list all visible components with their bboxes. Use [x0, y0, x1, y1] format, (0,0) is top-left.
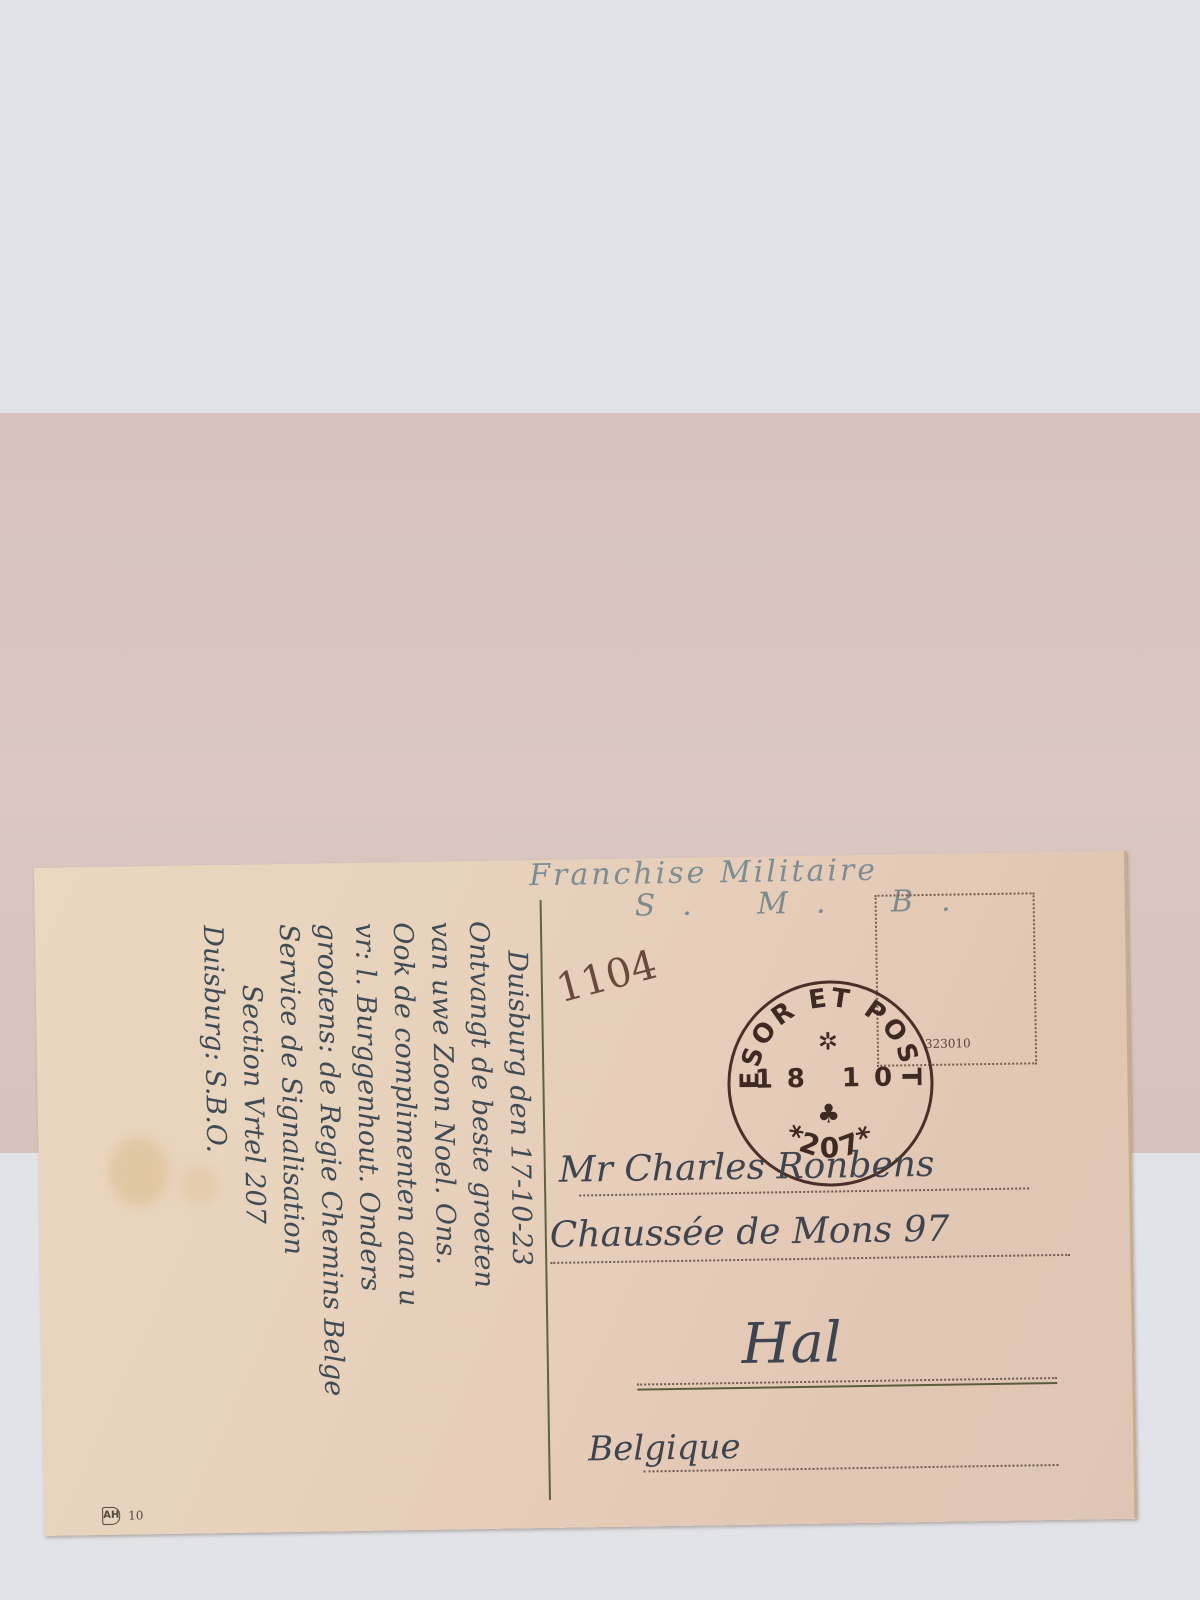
publisher-mark: AH 10: [102, 1506, 144, 1525]
city: Hal: [741, 1310, 842, 1377]
publisher-number: 10: [128, 1508, 143, 1522]
club-icon: ♣: [817, 1099, 841, 1129]
country: Belgique: [588, 1427, 741, 1469]
handwritten-message: Duisburg den 17-10-23 Ontvangt de beste …: [65, 920, 544, 1507]
postcard: Duisburg den 17-10-23 Ontvangt de beste …: [34, 851, 1137, 1536]
stamp-box-number: 323010: [925, 1036, 971, 1051]
reference-number: 1104: [552, 942, 662, 1013]
postmark-date: 18 10: [730, 1062, 930, 1095]
photo-backdrop: Duisburg den 17-10-23 Ontvangt de beste …: [0, 413, 1200, 1153]
star-icon: ✲: [818, 1027, 839, 1055]
street-address: Chaussée de Mons 97: [550, 1209, 950, 1256]
recipient-name: Mr Charles Ronbens: [558, 1144, 934, 1191]
message-area: Duisburg den 17-10-23 Ontvangt de beste …: [65, 920, 544, 1507]
publisher-logo-icon: AH: [102, 1507, 120, 1525]
address-line: [550, 1254, 1070, 1264]
